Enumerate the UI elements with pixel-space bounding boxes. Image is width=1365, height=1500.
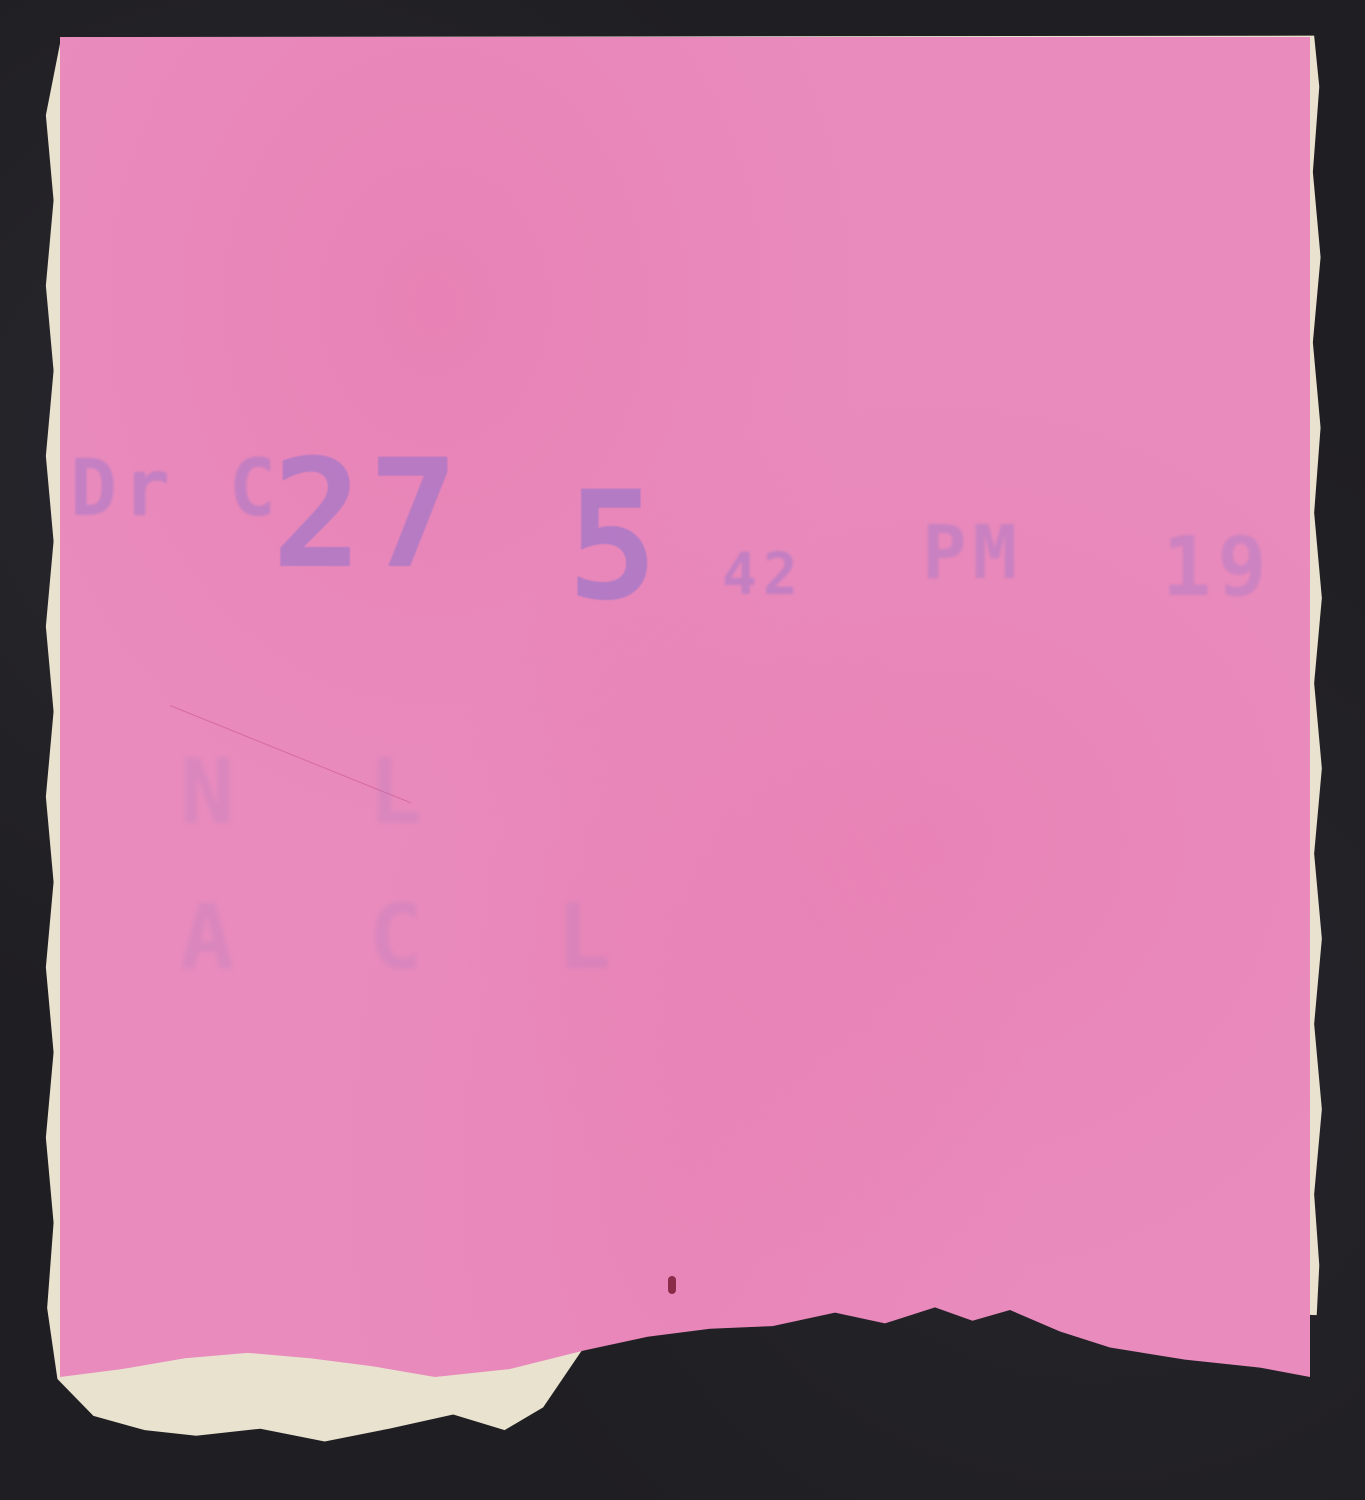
date-time-stamp: Dr C 27 5 42 PM 19 <box>62 420 1292 680</box>
stamp-day: 27 <box>272 428 465 602</box>
stamp-ampm: PM <box>922 510 1023 596</box>
stamp-hour: 5 <box>567 460 663 634</box>
stamp-year: 19 <box>1162 520 1273 615</box>
stamp-minute: 42 <box>722 540 804 608</box>
stamp-month: Dr C <box>70 444 282 534</box>
faint-line-1: N L <box>180 740 980 845</box>
pink-ticket <box>60 37 1310 1377</box>
faint-line-2: A C L <box>180 885 980 990</box>
faint-secondary-stamp: N L A C L <box>180 740 980 1040</box>
ink-spot <box>668 1276 676 1294</box>
